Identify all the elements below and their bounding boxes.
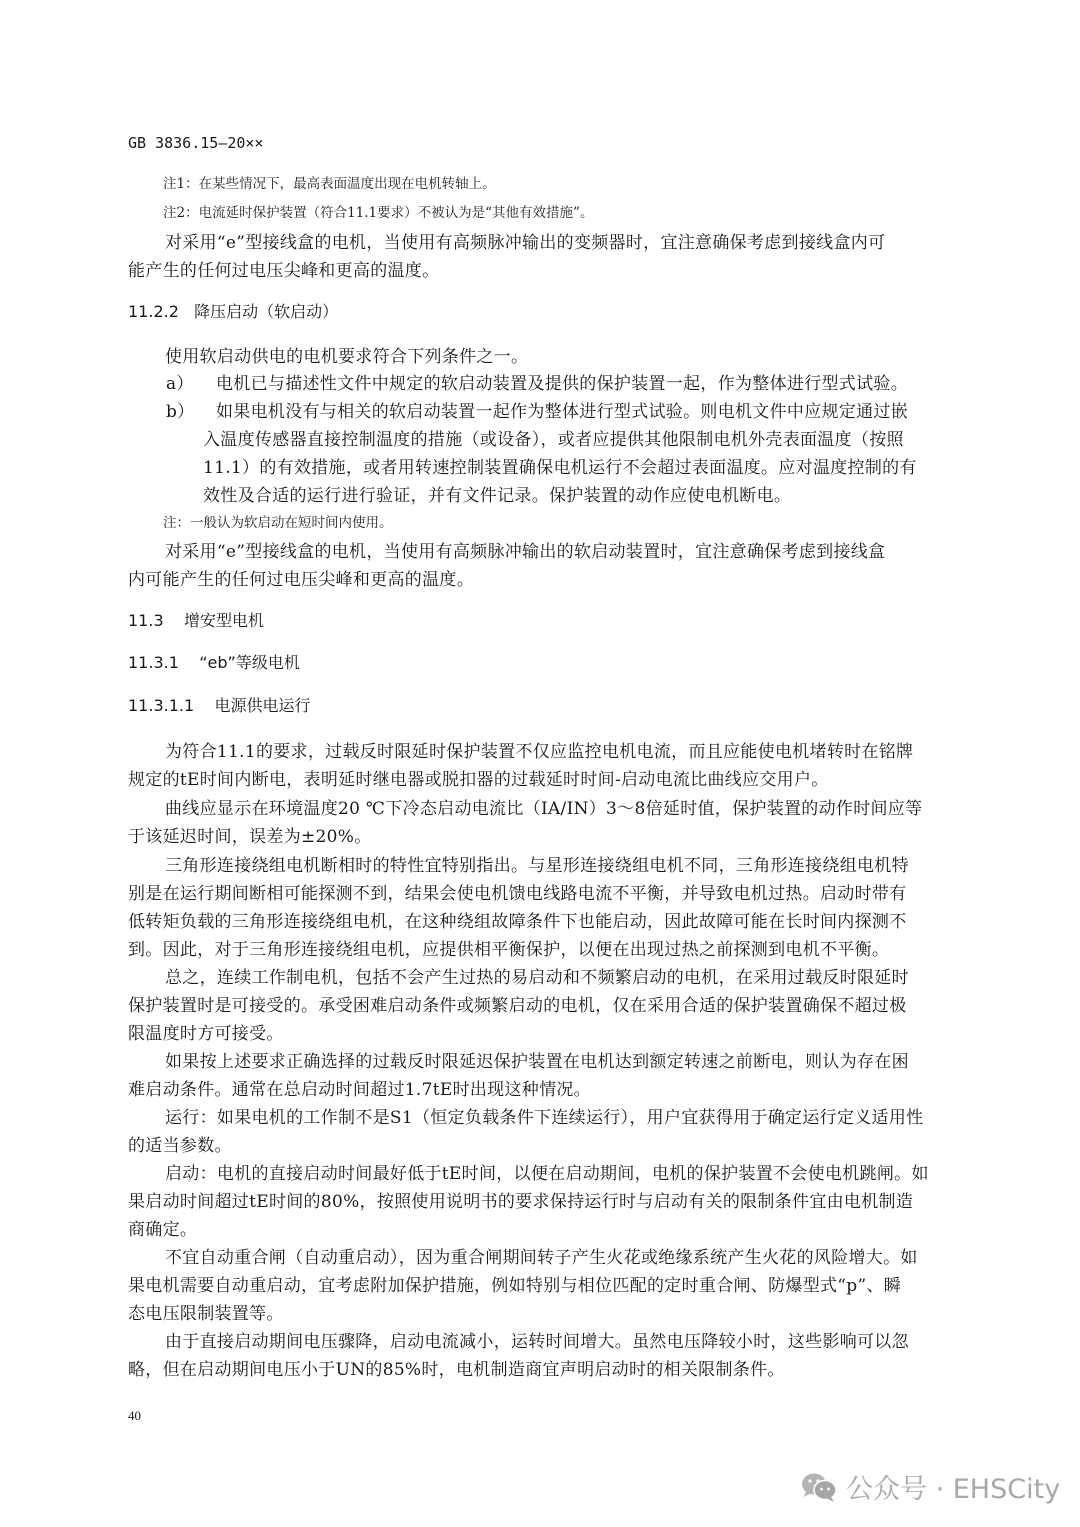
paragraph-line: 曲线应显示在环境温度20 ℃下冷态启动电流比（IA/IN）3～8倍延时值，保护装… [165,794,922,819]
paragraph-line: 到。因此，对于三角形连接绕组电机，应提供相平衡保护，以便在出现过热之前探测到电机… [128,935,889,960]
paragraph-line: 如果按上述要求正确选择的过载反时限延迟保护装置在电机达到额定转速之前断电，则认为… [165,1047,909,1072]
paragraph-line: 运行：如果电机的工作制不是S1（恒定负载条件下连续运行），用户宜获得用于确定运行… [165,1103,923,1128]
section-heading-11-3-1: 11.3.1 “eb”等级电机 [128,650,300,673]
note: 注：一般认为软启动在短时间内使用。 [163,511,393,531]
section-title: 电源供电运行 [215,696,311,715]
watermark-label: 公众号 · EHSCity [846,1467,1060,1506]
list-item: 电机已与描述性文件中规定的软启动装置及提供的保护装置一起，作为整体进行型式试验。 [216,369,908,394]
list-item-cont: 入温度传感器直接控制温度的措施（或设备），或者应提供其他限制电机外壳表面温度（按… [203,425,904,450]
section-title: 增安型电机 [184,611,264,630]
list-item-cont: 效性及合适的运行进行验证，并有文件记录。保护装置的动作应使电机断电。 [203,481,791,506]
paragraph-line: 保护装置时是可接受的。承受困难启动条件或频繁启动的电机，仅在采用合适的保护装置确… [128,991,907,1016]
paragraph-line: 启动：电机的直接启动时间最好低于tE时间，以便在启动期间，电机的保护装置不会使电… [165,1159,929,1184]
paragraph-line: 由于直接启动期间电压骤降，启动电流减小，运转时间增大。虽然电压降较小时，这些影响… [165,1327,909,1352]
note-2: 注2：电流延时保护装置（符合11.1要求）不被认为是“其他有效措施”。 [163,201,593,221]
list-intro: 使用软启动供电的电机要求符合下列条件之一。 [165,342,528,367]
section-heading-11-3: 11.3 增安型电机 [128,608,264,631]
paragraph-line: 内可能产生的任何过电压尖峰和更高的温度。 [128,565,474,590]
paragraph-line: 对采用“e”型接线盒的电机，当使用有高频脉冲输出的变频器时，宜注意确保考虑到接线… [165,228,885,253]
page-number: 40 [128,1408,141,1424]
paragraph-line: 限温度时方可接受。 [128,1019,284,1044]
paragraph-line: 于该延迟时间，误差为±20%。 [128,822,372,847]
wechat-icon [800,1471,838,1503]
paragraph-line: 总之，连续工作制电机，包括不会产生过热的易启动和不频繁启动的电机，在采用过载反时… [165,963,909,988]
paragraph-line: 商确定。 [128,1215,197,1240]
section-number: 11.3.1.1 [128,696,194,715]
paragraph-line: 果启动时间超过tE时间的80%，按照使用说明书的要求保持运行时与启动有关的限制条… [128,1187,913,1212]
section-heading-11-2-2: 11.2.2 降压启动（软启动） [128,299,338,322]
paragraph-line: 略，但在启动期间电压小于UN的85%时，电机制造商宜声明启动时的相关限制条件。 [128,1355,785,1380]
list-marker: a） [166,369,194,394]
section-title: 降压启动（软启动） [194,302,338,321]
paragraph-line: 态电压限制装置等。 [128,1299,284,1324]
list-item: 如果电机没有与相关的软启动装置一起作为整体进行型式试验。则电机文件中应规定通过嵌 [216,397,908,422]
paragraph-line: 三角形连接绕组电机断相时的特性宜特别指出。与星形连接绕组电机不同，三角形连接绕组… [165,851,909,876]
paragraph-line: 的适当参数。 [128,1131,232,1156]
note-1: 注1：在某些情况下，最高表面温度出现在电机转轴上。 [163,172,496,192]
paragraph-line: 对采用“e”型接线盒的电机，当使用有高频脉冲输出的软启动装置时，宜注意确保考虑到… [165,537,885,562]
list-marker: b） [166,397,194,422]
list-item-cont: 11.1）的有效措施，或者用转速控制装置确保电机运行不会超过表面温度。应对温度控… [203,453,917,478]
paragraph-line: 不宜自动重合闸（自动重启动），因为重合闸期间转子产生火花或绝缘系统产生火花的风险… [165,1243,918,1268]
section-number: 11.2.2 [128,302,179,321]
standard-id: GB 3836.15—20×× [128,134,263,152]
section-title: “eb”等级电机 [199,653,300,672]
paragraph-line: 为符合11.1的要求，过载反时限延时保护装置不仅应监控电机电流，而且应能使电机堵… [165,737,913,762]
document-page: GB 3836.15—20×× 注1：在某些情况下，最高表面温度出现在电机转轴上… [0,0,1080,1527]
paragraph-line: 规定的tE时间内断电，表明延时继电器或脱扣器的过载延时时间-启动电流比曲线应交用… [128,765,829,790]
section-number: 11.3 [128,611,164,630]
paragraph-line: 低转矩负载的三角形连接绕组电机，在这种绕组故障条件下也能启动，因此故障可能在长时… [128,907,907,932]
paragraph-line: 果电机需要自动重启动，宜考虑附加保护措施，例如特别与相位匹配的定时重合闸、防爆型… [128,1271,901,1296]
paragraph-line: 能产生的任何过电压尖峰和更高的温度。 [128,256,439,281]
watermark: 公众号 · EHSCity [800,1467,1060,1506]
paragraph-line: 别是在运行期间断相可能探测不到，结果会使电机馈电线路电流不平衡，并导致电机过热。… [128,879,907,904]
section-number: 11.3.1 [128,653,179,672]
section-heading-11-3-1-1: 11.3.1.1 电源供电运行 [128,693,311,716]
paragraph-line: 难启动条件。通常在总启动时间超过1.7tE时出现这种情况。 [128,1075,591,1100]
